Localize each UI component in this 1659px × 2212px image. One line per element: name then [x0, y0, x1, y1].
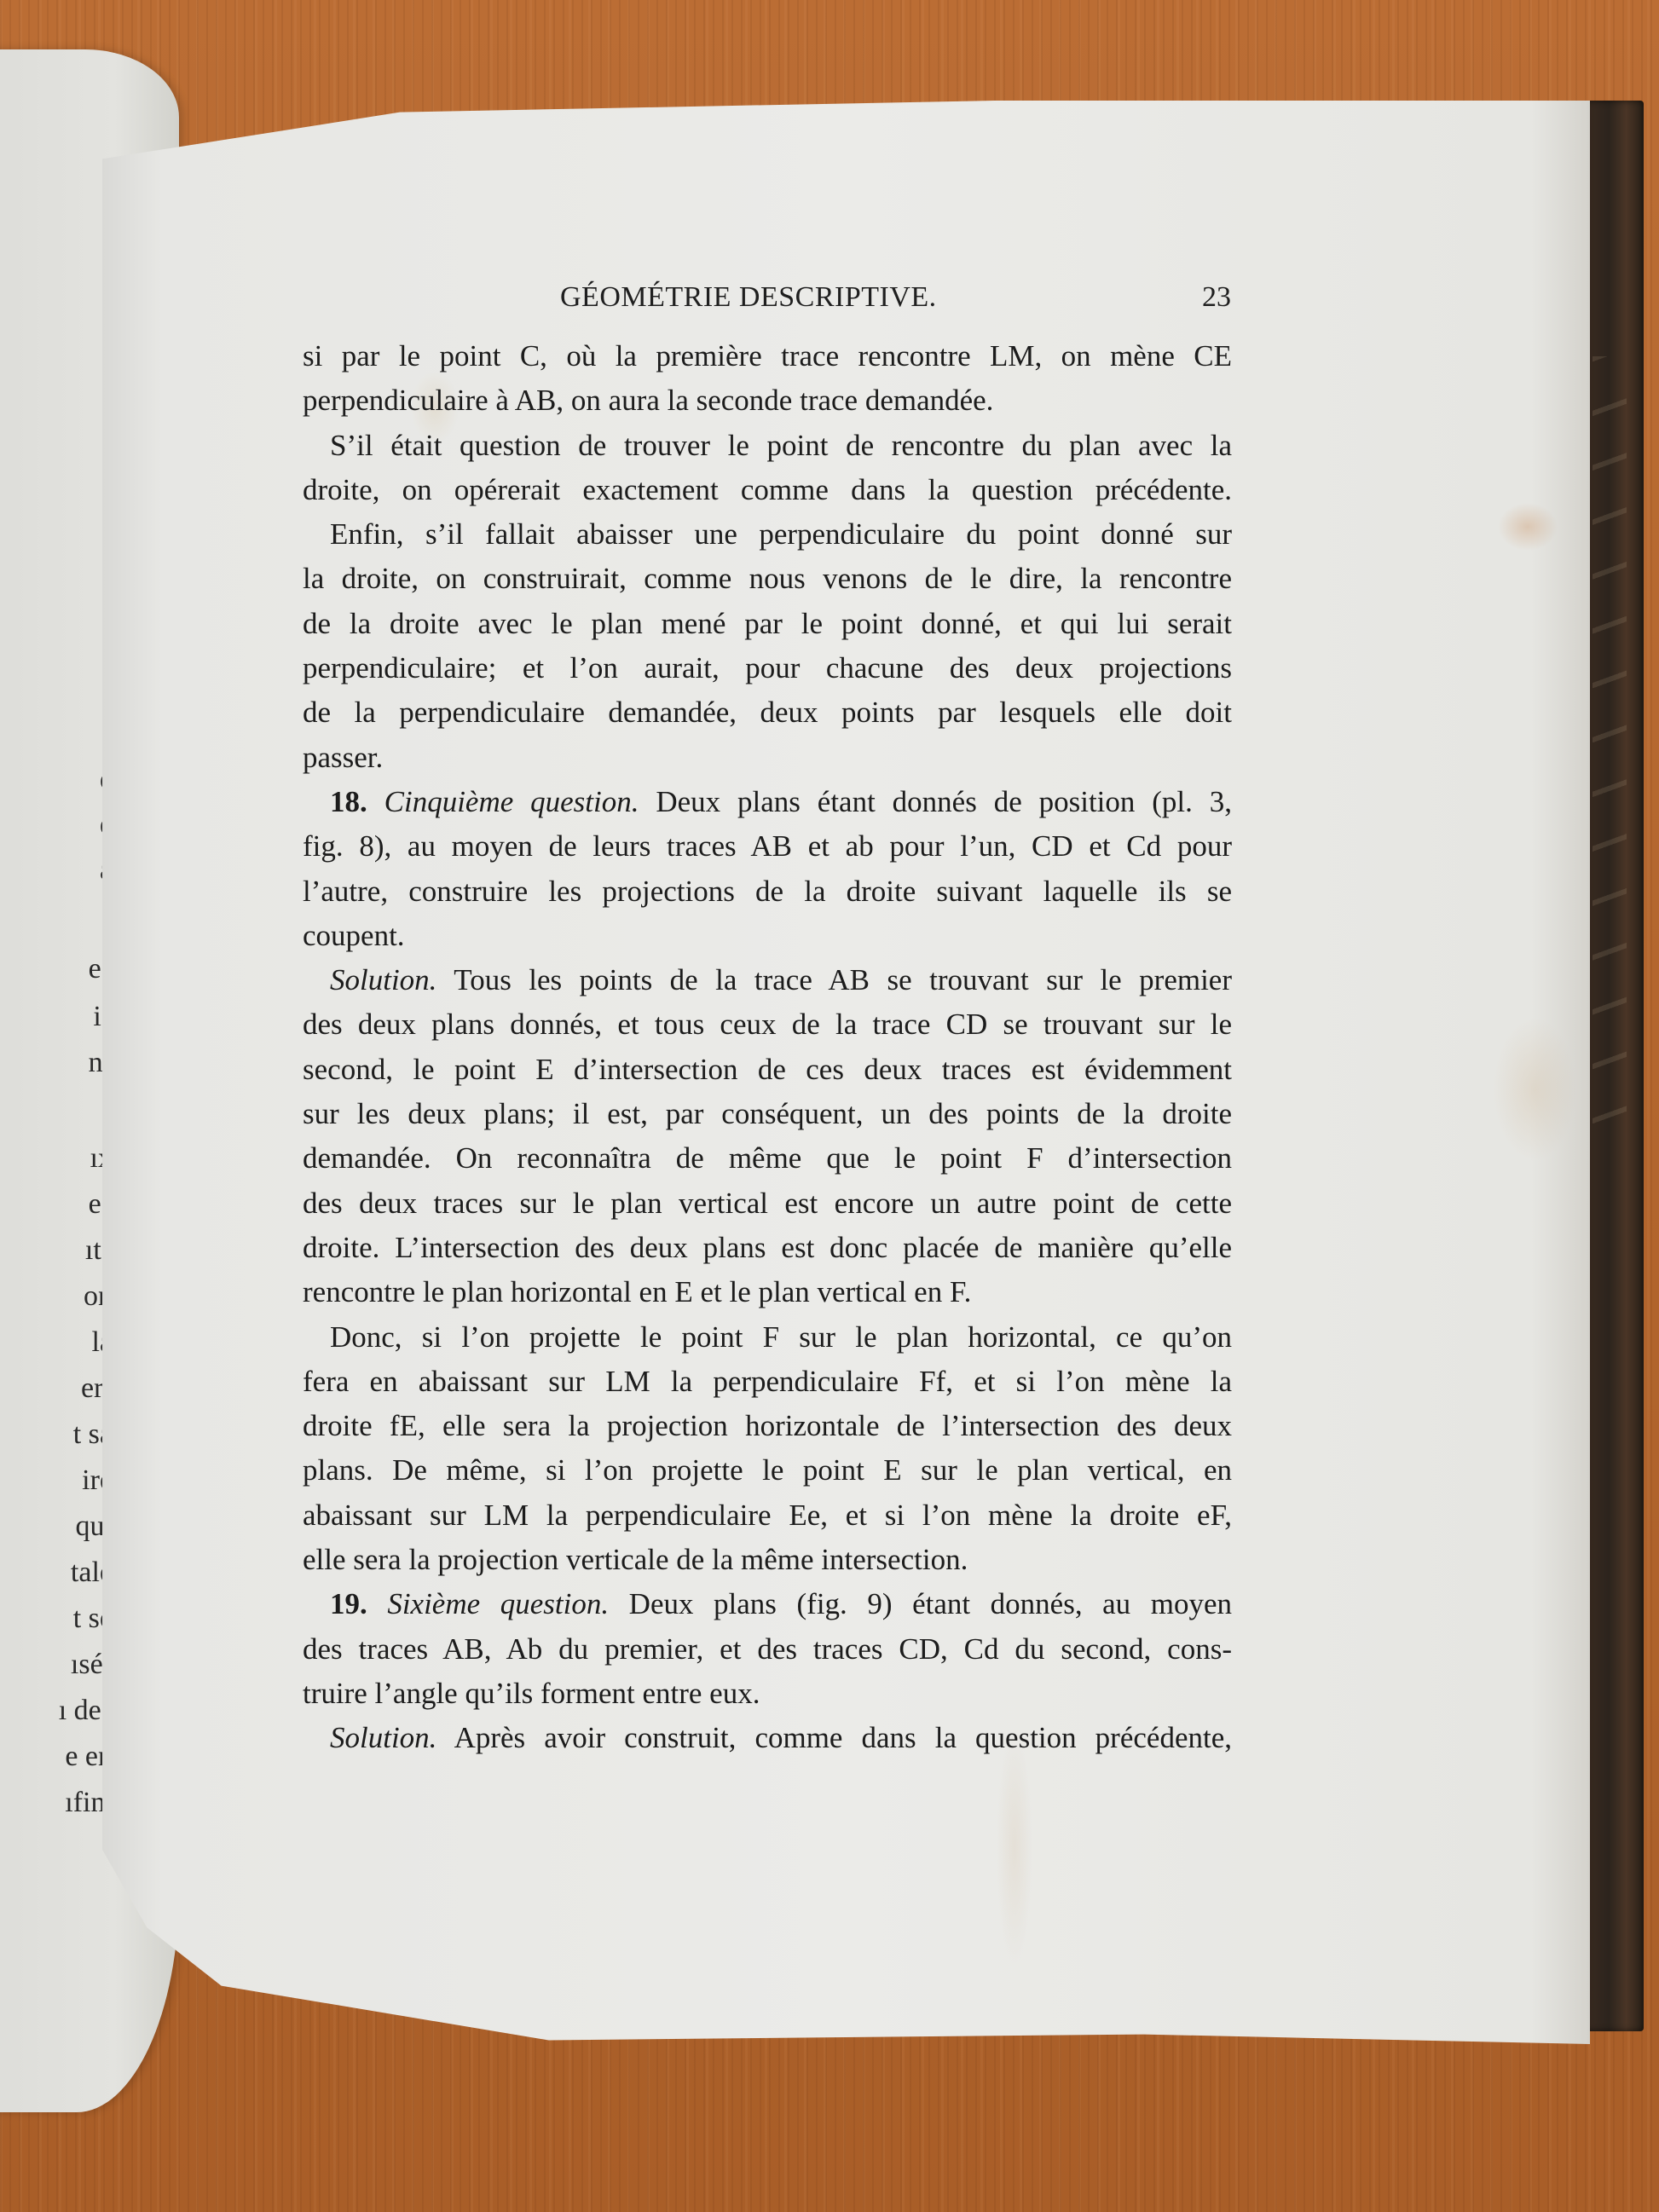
text-line: fera en abaissant sur LM la perpendicula…	[303, 1360, 1232, 1404]
text-span: Tous les points de la trace AB se trouva…	[454, 963, 1232, 996]
paragraph: Enfin, s’il fallait abaisser une perpend…	[303, 512, 1232, 780]
text-line: sur les deux plans; il est, par conséque…	[303, 1092, 1232, 1136]
text-line: droite. L’intersection des deux plans es…	[303, 1226, 1232, 1270]
section-number: 18.	[330, 785, 367, 818]
solution-19: Solution. Après avoir construit, comme d…	[303, 1716, 1232, 1760]
text-line: si par le point C, où la première trace …	[303, 334, 1232, 378]
text-line: fig. 8), au moyen de leurs traces AB et …	[303, 824, 1232, 869]
text-span: Après avoir construit, comme dans la que…	[454, 1721, 1232, 1754]
page-number: 23	[1202, 281, 1231, 314]
text-line: perpendiculaire; et l’on aurait, pour ch…	[303, 646, 1232, 690]
paragraph: Donc, si l’on projette le point F sur le…	[303, 1315, 1232, 1583]
paragraph: si par le point C, où la première trace …	[303, 334, 1232, 424]
text-line: S’il était question de trouver le point …	[303, 424, 1232, 468]
text-line: second, le point E d’intersection de ces…	[303, 1048, 1232, 1092]
text-line: Enfin, s’il fallait abaisser une perpend…	[303, 512, 1232, 557]
text-line: perpendiculaire à AB, on aura la seconde…	[303, 378, 1232, 423]
text-line: de la perpendiculaire demandée, deux poi…	[303, 690, 1232, 735]
text-line: des deux plans donnés, et tous ceux de l…	[303, 1002, 1232, 1047]
text-span: Deux plans (fig. 9) étant donnés, au moy…	[629, 1587, 1232, 1620]
text-line: Donc, si l’on projette le point F sur le…	[303, 1315, 1232, 1360]
text-line: Solution. Tous les points de la trace AB…	[303, 958, 1232, 1002]
solution-heading: Solution.	[330, 1721, 436, 1754]
text-line: droite fE, elle sera la projection horiz…	[303, 1404, 1232, 1448]
text-line: coupent.	[303, 914, 1232, 958]
text-line: 18. Cinquième question. Deux plans étant…	[303, 780, 1232, 824]
text-line: l’autre, construire les projections de l…	[303, 869, 1232, 914]
running-head-title: GÉOMÉTRIE DESCRIPTIVE.	[560, 281, 937, 314]
text-line: truire l’angle qu’ils forment entre eux.	[303, 1672, 1232, 1716]
text-span: Deux plans étant donnés de position (pl.…	[656, 785, 1232, 818]
text-line: droite, on opérerait exactement comme da…	[303, 468, 1232, 512]
running-head: GÉOMÉTRIE DESCRIPTIVE. 23	[0, 281, 1659, 324]
text-line: passer.	[303, 736, 1232, 780]
section-18: 18. Cinquième question. Deux plans étant…	[303, 780, 1232, 958]
text-line: de la droite avec le plan mené par le po…	[303, 602, 1232, 646]
text-line: des traces AB, Ab du premier, et des tra…	[303, 1627, 1232, 1672]
text-line: elle sera la projection verticale de la …	[303, 1538, 1232, 1582]
paragraph: S’il était question de trouver le point …	[303, 424, 1232, 513]
solution-18: Solution. Tous les points de la trace AB…	[303, 958, 1232, 1314]
text-line: demandée. On reconnaîtra de même que le …	[303, 1136, 1232, 1181]
section-heading: Sixième question.	[387, 1587, 609, 1620]
text-line: rencontre le plan horizontal en E et le …	[303, 1270, 1232, 1314]
solution-heading: Solution.	[330, 963, 436, 996]
section-number: 19.	[330, 1587, 367, 1620]
section-heading: Cinquième question.	[384, 785, 639, 818]
text-line: des deux traces sur le plan vertical est…	[303, 1181, 1232, 1226]
section-19: 19. Sixième question. Deux plans (fig. 9…	[303, 1582, 1232, 1716]
text-line: Solution. Après avoir construit, comme d…	[303, 1716, 1232, 1760]
text-line: la droite, on construirait, comme nous v…	[303, 557, 1232, 601]
text-line: 19. Sixième question. Deux plans (fig. 9…	[303, 1582, 1232, 1626]
text-line: abaissant sur LM la perpendiculaire Ee, …	[303, 1493, 1232, 1538]
book-cover-edge	[1586, 101, 1644, 2031]
text-line: plans. De même, si l’on projette le poin…	[303, 1448, 1232, 1493]
page-body: si par le point C, où la première trace …	[303, 334, 1232, 1761]
